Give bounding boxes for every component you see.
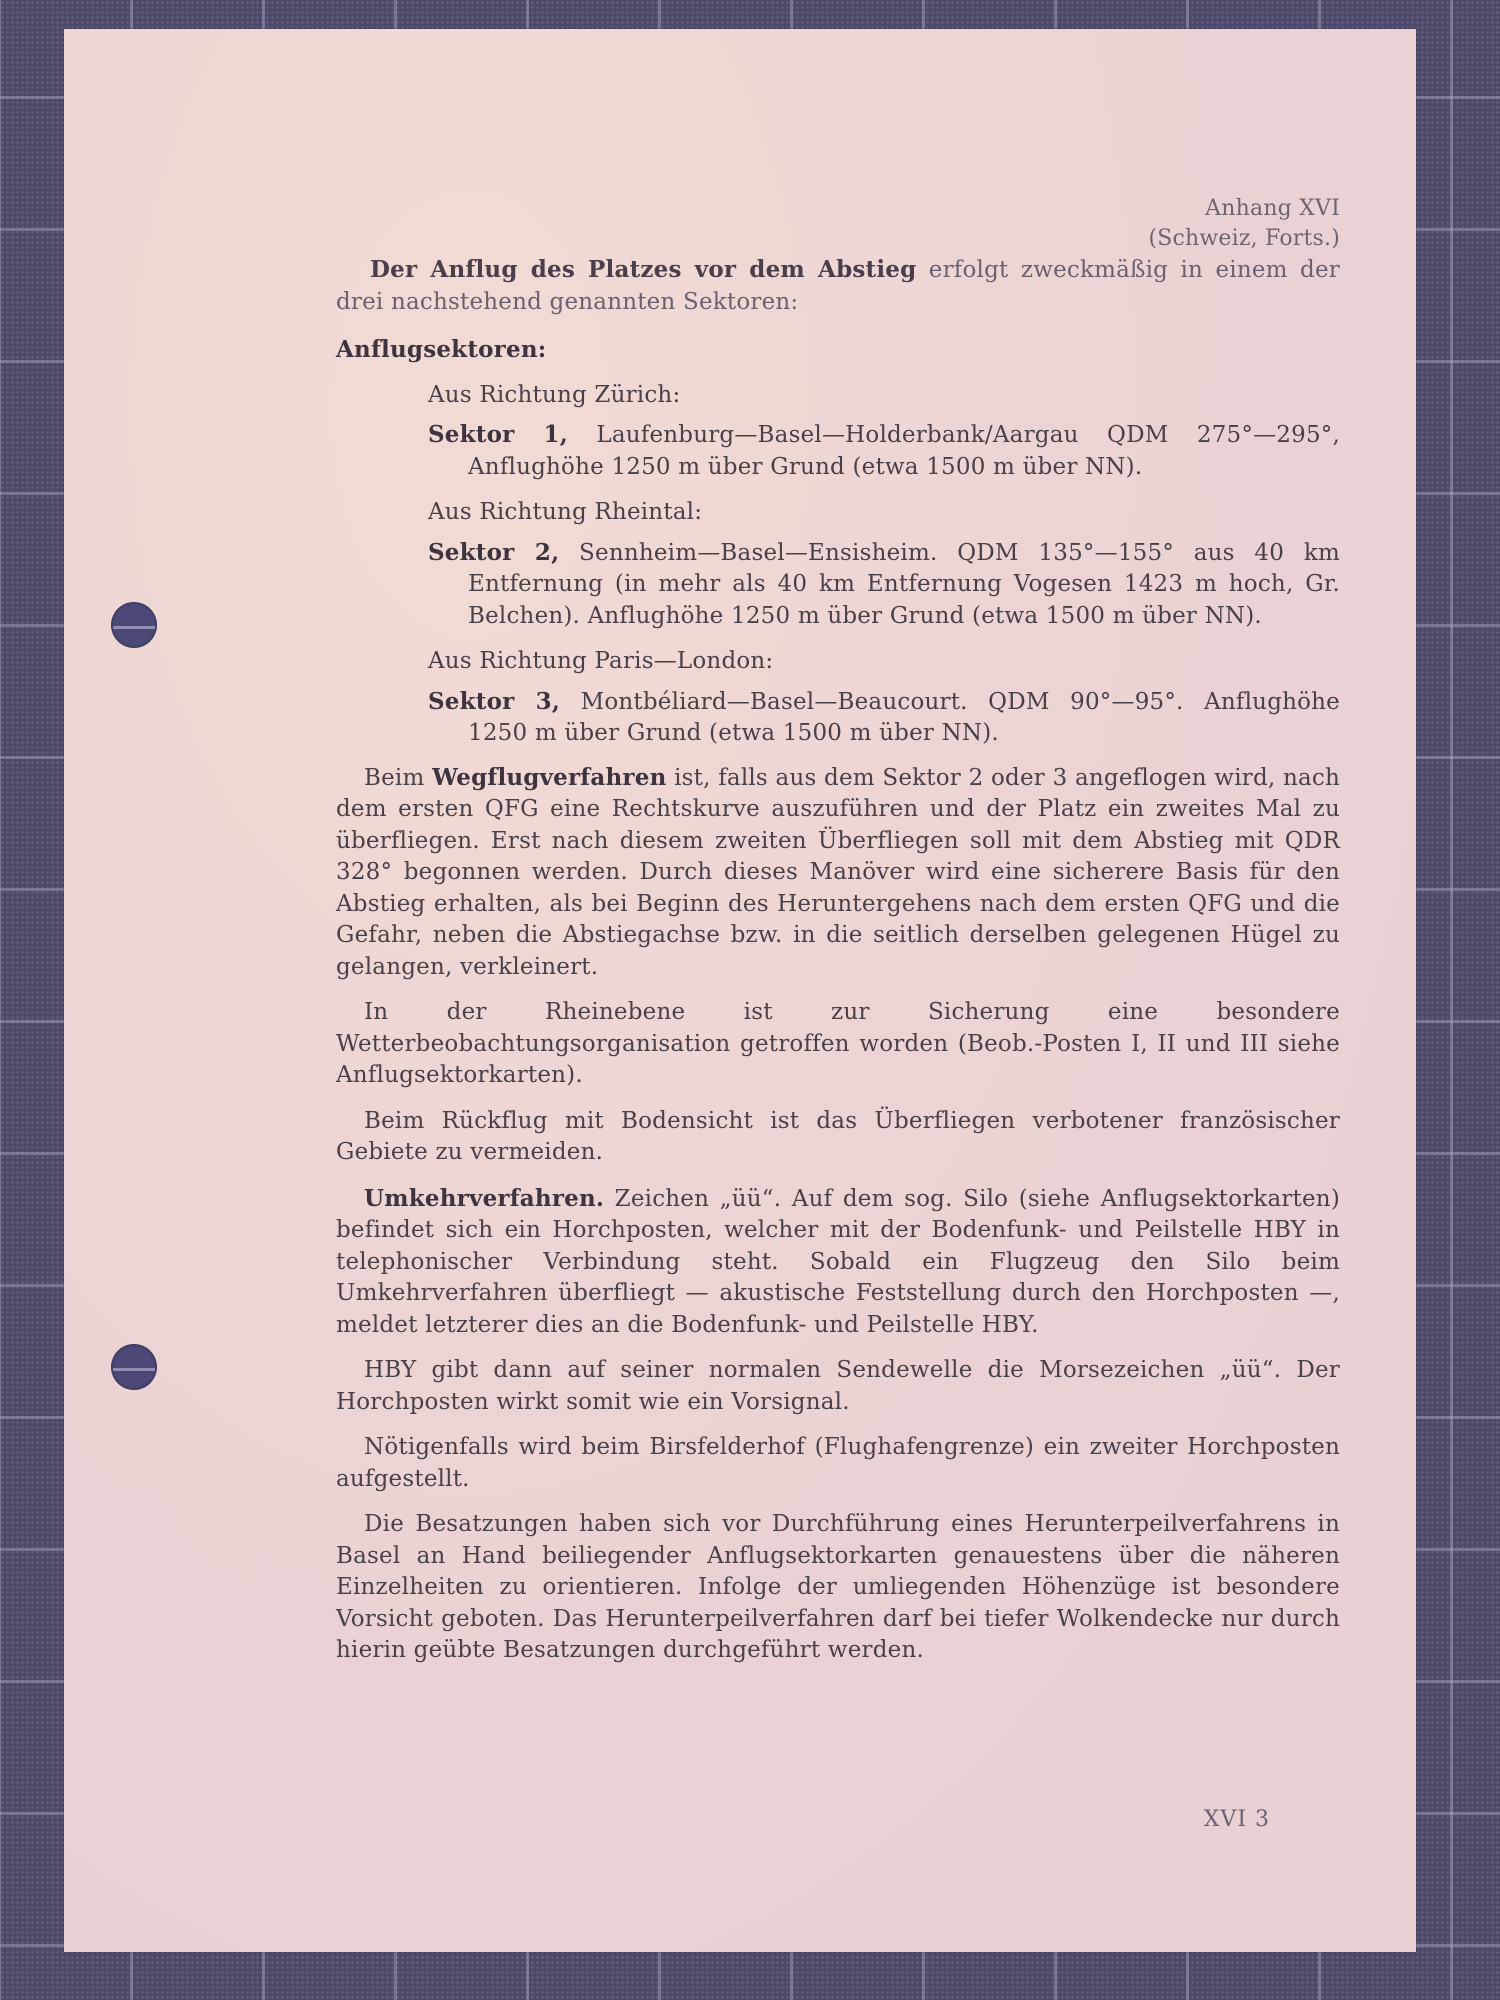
sector-block: Aus Richtung Zürich: Sektor 1, Laufenbur… <box>336 380 1340 484</box>
sector-block: Aus Richtung Paris—London: Sektor 3, Mon… <box>336 646 1340 750</box>
paragraph-text: ist, falls aus dem Sektor 2 oder 3 angef… <box>336 765 1340 980</box>
sector-label: Sektor 1, <box>428 421 568 448</box>
sector-description: Sektor 1, Laufenburg—Basel—Holderbank/Aa… <box>428 419 1340 483</box>
rhine-plain-paragraph: In der Rheinebene ist zur Sicherung eine… <box>336 997 1340 1092</box>
return-flight-paragraph: Beim Rückflug mit Bodensicht ist das Übe… <box>336 1106 1340 1169</box>
hby-signal-paragraph: HBY gibt dann auf seiner normalen Sendew… <box>336 1355 1340 1418</box>
departure-procedure-paragraph: Beim Wegflugverfahren ist, falls aus dem… <box>336 762 1340 984</box>
departure-procedure-term: Wegflugverfahren <box>432 764 666 791</box>
sector-description: Sektor 3, Montbéliard—Basel—Beaucourt. Q… <box>428 686 1340 750</box>
punch-hole <box>111 602 157 648</box>
sectors-heading: Anflugsektoren: <box>336 334 1340 366</box>
appendix-label: Anhang XVI <box>336 194 1340 224</box>
sector-block: Aus Richtung Rheintal: Sektor 2, Sennhei… <box>336 497 1340 632</box>
intro-paragraph: Der Anflug des Platzes vor dem Abstieg e… <box>336 254 1340 318</box>
sector-direction: Aus Richtung Zürich: <box>428 380 1340 412</box>
paragraph-text: Beim <box>364 765 432 791</box>
page-header: Anhang XVI (Schweiz, Forts.) <box>336 194 1340 254</box>
document-page: Anhang XVI (Schweiz, Forts.) Der Anflug … <box>64 29 1416 1952</box>
sector-description: Sektor 2, Sennheim—Basel—Ensisheim. QDM … <box>428 537 1340 633</box>
page-number: XVI 3 <box>1204 1807 1270 1832</box>
reversal-procedure-term: Umkehrverfahren. <box>364 1185 604 1212</box>
sector-label: Sektor 3, <box>428 688 560 715</box>
sector-direction: Aus Richtung Paris—London: <box>428 646 1340 678</box>
reversal-procedure-paragraph: Umkehrverfahren. Zeichen „üü“. Auf dem s… <box>336 1183 1340 1342</box>
second-listening-post-paragraph: Nötigenfalls wird beim Birsfelderhof (Fl… <box>336 1432 1340 1495</box>
sector-text: Sennheim—Basel—Ensisheim. QDM 135°—155° … <box>468 540 1340 629</box>
page-body: Anhang XVI (Schweiz, Forts.) Der Anflug … <box>336 194 1340 1667</box>
intro-bold: Der Anflug des Platzes vor dem Abstieg <box>370 256 916 283</box>
crew-briefing-paragraph: Die Besatzungen haben sich vor Durchführ… <box>336 1509 1340 1667</box>
sector-label: Sektor 2, <box>428 539 559 566</box>
punch-hole <box>111 1344 157 1390</box>
appendix-subtitle: (Schweiz, Forts.) <box>336 224 1340 254</box>
sector-direction: Aus Richtung Rheintal: <box>428 497 1340 529</box>
sector-text: Montbéliard—Basel—Beaucourt. QDM 90°—95°… <box>468 689 1340 747</box>
sector-text: Laufenburg—Basel—Holderbank/Aargau QDM 2… <box>468 422 1340 480</box>
